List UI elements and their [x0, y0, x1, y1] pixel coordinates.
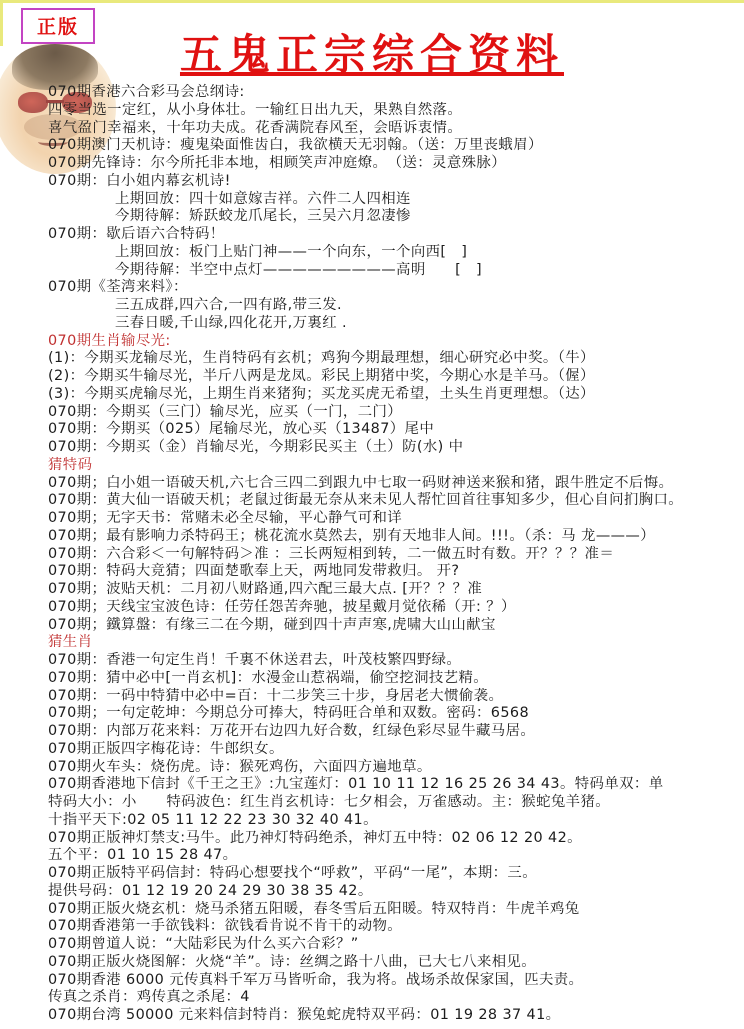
doc-line: 十指平天下:02 05 11 12 22 23 30 32 40 41。 — [0, 812, 744, 830]
section-header-line: 猜生肖 — [0, 634, 744, 652]
doc-line: 今期待解：半空中点灯—————————高明 [ ] — [0, 262, 744, 280]
doc-line: 070期澳门天机诗：瘦鬼染面惟齿白，我欲横天无羽翰。（送：万里丧蛾眉） — [0, 137, 744, 155]
doc-line: 喜气盈门幸福来，十年功夫成。花香满院春风至，会晤诉衷情。 — [0, 120, 744, 138]
doc-line: 070期；波贴天机：二月初八财路通,四六配三最大点. [开？？？准 — [0, 581, 744, 599]
doc-line: 提供号码：01 12 19 20 24 29 30 38 35 42。 — [0, 883, 744, 901]
doc-line: 070期正版火烧图解：火烧“羊”。诗：丝绸之路十八曲，已大七八来相见。 — [0, 954, 744, 972]
doc-line: 070期；一句定乾坤：今期总分可捧大，特码旺合单和双数。密码：6568 — [0, 705, 744, 723]
doc-line: 070期；白小姐一语破天机,六七合三四二到跟九中七取一码财神送来猴和猪，跟牛胜定… — [0, 475, 744, 493]
doc-line: 070期；天线宝宝波色诗：任劳任怨苦奔驰，披星戴月觉依稀（开: ？） — [0, 599, 744, 617]
doc-line: 特码大小：小 特码波色：红生肖玄机诗：七夕相会，万雀感动。主：猴蛇兔羊猪。 — [0, 794, 744, 812]
doc-line: 070期香港 6000 元传真料千军万马皆听命，我为将。战场杀故保家国，匹夫责。 — [0, 972, 744, 990]
doc-line: 070期香港六合彩马会总纲诗: — [0, 84, 744, 102]
doc-line: 三春日暖,千山绿,四化花开,万裏红 . — [0, 315, 744, 333]
section-header-line: 070期生肖输尽光: — [0, 333, 744, 351]
doc-line: 070期；无字天书：常赌未必全尽输，平心静气可和详 — [0, 510, 744, 528]
doc-line: 070期《荃湾来料》： — [0, 279, 744, 297]
doc-line: 070期：特码大竞猜；四面楚歌奉上天，两地同发带救归。 开? — [0, 563, 744, 581]
doc-line: 070期：六合彩＜一句解特码＞准 ：三长两短相到转，二一做五时有数。开？？？准＝ — [0, 546, 744, 564]
page-title: 五鬼正宗综合资料 — [0, 22, 744, 82]
doc-line: 070期先锋诗：尔今所托非本地，相顾笑声冲庭燎。 （送：灵意殊脉） — [0, 155, 744, 173]
doc-line: 070期：内部万花来料：万花开右边四九好合数，红绿色彩尽显牛藏马居。 — [0, 723, 744, 741]
doc-line: 070期：猜中必中[一肖玄机]：水漫金山惹祸端，偷空挖洞技艺精。 — [0, 670, 744, 688]
doc-line: 070期正版火烧玄机：烧马杀猪五阳暖，春冬雪后五阳暖。特双特肖：牛虎羊鸡兔 — [0, 901, 744, 919]
doc-line: 070期：歇后语六合特码！ — [0, 226, 744, 244]
doc-line: (2)：今期买牛输尽光，半斤八两是龙凤。彩民上期猪中奖，今期心水是羊马。（偓） — [0, 368, 744, 386]
doc-line: 070期；最有影响力杀特码王；桃花流水莫然去，别有天地非人间。!!!。（杀：马 … — [0, 528, 744, 546]
doc-line: 070期正版四字梅花诗：牛郎织女。 — [0, 741, 744, 759]
doc-line: 070期曾道人说：“大陆彩民为什么买六合彩？” — [0, 936, 744, 954]
doc-line: 070期：一码中特猜中必中=百：十二步笑三十步，身居老大惯偷袭。 — [0, 688, 744, 706]
document-body: 070期香港六合彩马会总纲诗:四零当选一定红，从小身体壮。一输红日出九天，果熟自… — [0, 84, 744, 1025]
doc-line: 上期回放：四十如意嫁吉祥。六件二人四相连 — [0, 191, 744, 209]
doc-line: 070期：黄大仙一语破天机；老鼠过街最无奈从来未见人帮忙回首往事知多少，但心自问… — [0, 492, 744, 510]
doc-line: 今期待解：矫跃蛟龙爪尾长，三吴六月忽凄惨 — [0, 208, 744, 226]
doc-line: 070期火车头：烧伤虎。诗：猴死鸡伤，六面四方遍地草。 — [0, 759, 744, 777]
doc-line: 070期：今期买（金）肖输尽光，今期彩民买主（土）防(水) 中 — [0, 439, 744, 457]
doc-line: 070期正版神灯禁支:马牛。此乃神灯特码绝杀，神灯五中特：02 06 12 20… — [0, 830, 744, 848]
doc-line: 四零当选一定红，从小身体壮。一输红日出九天，果熟自然落。 — [0, 102, 744, 120]
doc-line: 传真之杀肖：鸡传真之杀尾：4 — [0, 989, 744, 1007]
section-header-line: 猜特码 — [0, 457, 744, 475]
doc-line: 070期；鐵算盤：有缘三二在今期，碰到四十声声寒,虎啸大山山献宝 — [0, 617, 744, 635]
doc-line: (1)：今期买龙输尽光，生肖特码有玄机；鸡狗今期最理想，细心研究必中奖。（牛） — [0, 350, 744, 368]
doc-line: 070期台湾 50000 元来料信封特肖：猴兔蛇虎特双平码：01 19 28 3… — [0, 1007, 744, 1025]
doc-line: 070期正版特平码信封：特码心想要找个“呼救”，平码“一尾”，本期：三。 — [0, 865, 744, 883]
doc-line: 070期：今期买（025）尾输尽光，放心买（13487）尾中 — [0, 421, 744, 439]
doc-line: 070期：香港一句定生肖！千裏不休送君去，叶茂枝繁四野绿。 — [0, 652, 744, 670]
doc-line: 070期：白小姐内幕玄机诗! — [0, 173, 744, 191]
page-root: 正版 五鬼正宗综合资料 070期香港六合彩马会总纲诗:四零当选一定红，从小身体壮… — [0, 0, 744, 1029]
doc-line: 上期回放：板门上贴门神——一个向东，一个向西[ ] — [0, 244, 744, 262]
doc-line: 070期香港地下信封《千王之王》:九宝莲灯：01 10 11 12 16 25 … — [0, 776, 744, 794]
doc-line: (3)：今期买虎输尽光，上期生肖来猪狗；买龙买虎无希望，土头生肖更理想。（达） — [0, 386, 744, 404]
yellow-border-top — [0, 0, 744, 3]
doc-line: 三五成群,四六合,一四有路,带三发. — [0, 297, 744, 315]
doc-line: 070期香港第一手欲钱料：欲钱看肯说不肯干的动物。 — [0, 918, 744, 936]
doc-line: 五个平：01 10 15 28 47。 — [0, 847, 744, 865]
doc-line: 070期：今期买（三门）输尽光，应买（一门，二门） — [0, 404, 744, 422]
